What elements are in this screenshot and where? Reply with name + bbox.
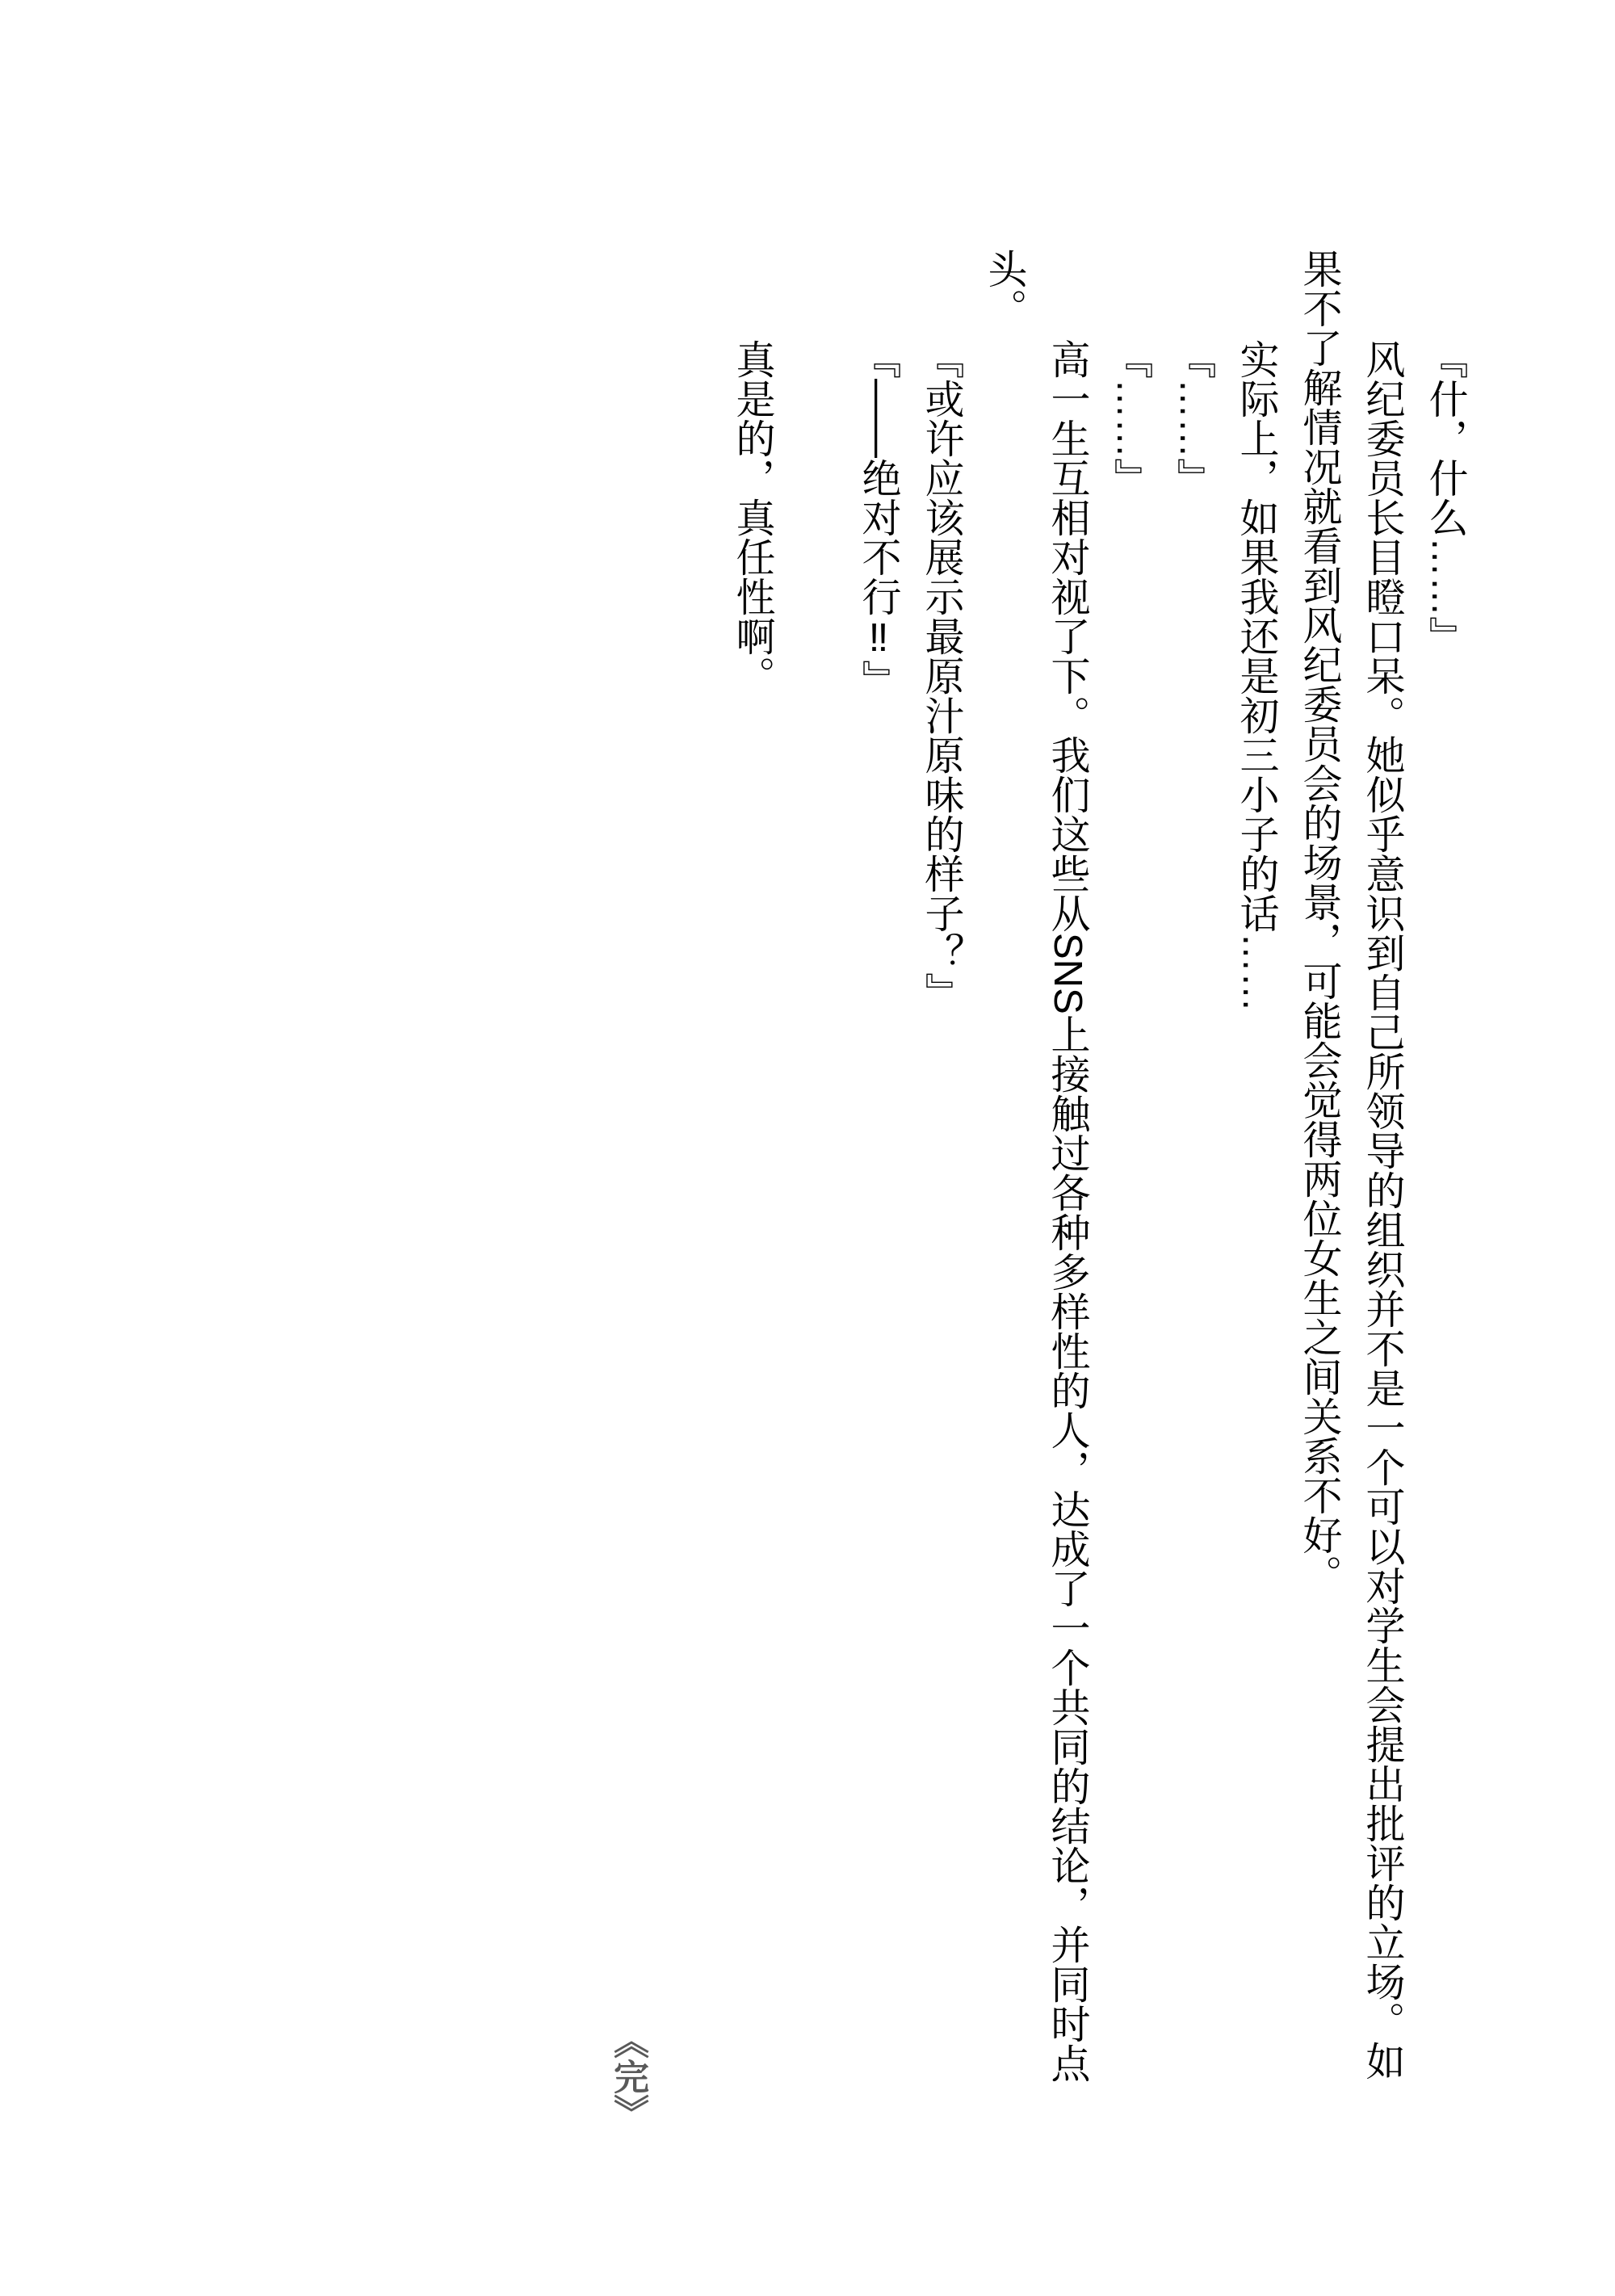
text-column-7: 高一生互相对视了下。我们这些从SNS上接触过各种多样性的人，达成了一个共同的结论… (1036, 339, 1099, 2083)
text-column-1: 『什，什么……』 (1414, 339, 1477, 656)
text-column-9: 『或许应该展示最原汁原味的样子？』 (910, 339, 973, 1012)
text-column-10: 『——绝对不行‼』 (847, 339, 910, 699)
novel-page: 『什，什么……』 风纪委员长目瞪口呆。她似乎意识到自己所领导的组织并不是一个可以… (0, 0, 1615, 2296)
text-column-5: 『……』 (1162, 339, 1225, 497)
text-column-6: 『……』 (1099, 339, 1162, 497)
text-column-2: 风纪委员长目瞪口呆。她似乎意识到自己所领导的组织并不是一个可以对学生会提出批评的… (1351, 339, 1414, 2080)
text-column-4: 实际上，如果我还是初三小子的话…… (1225, 339, 1288, 1012)
end-of-story-mark: 《完》 (596, 2023, 659, 2130)
text-column-3: 果不了解情况就看到风纪委员会的场景，可能会觉得两位女生之间关系不好。 (1288, 249, 1351, 1594)
text-column-8: 头。 (973, 249, 1036, 328)
text-column-11: 真是的，真任性啊。 (721, 339, 784, 695)
